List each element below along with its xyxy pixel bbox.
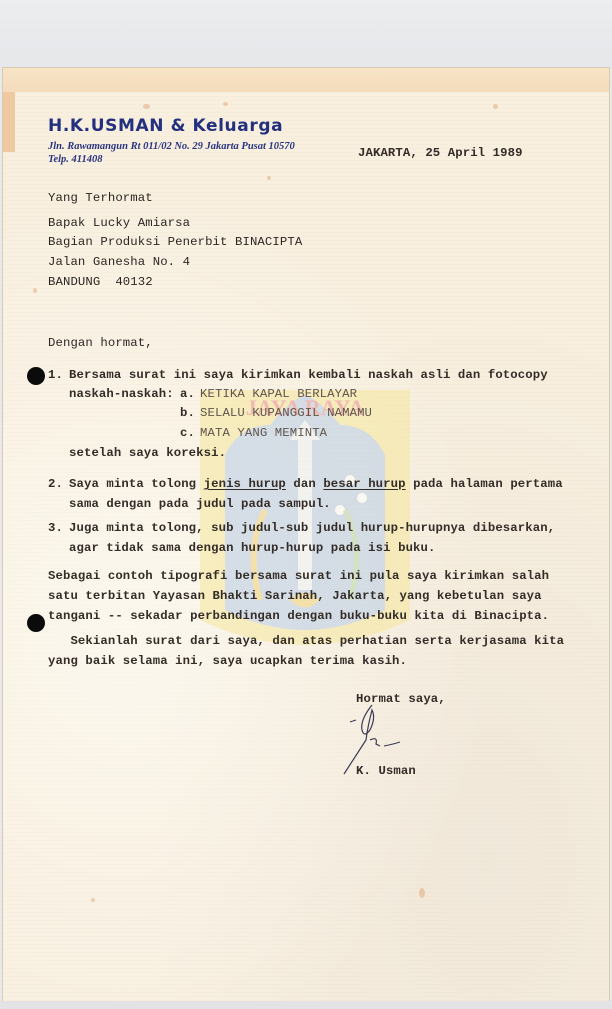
item-3-line-1: Juga minta tolong, sub judul-sub judul h…: [69, 521, 555, 535]
text-span: dan: [286, 477, 323, 491]
paragraph-line: Sebagai contoh tipografi bersama surat i…: [48, 569, 549, 583]
underlined-text: besar hurup: [323, 477, 405, 491]
scanner-background-top: [0, 0, 612, 68]
item-1-prefix: naskah-naskah:: [69, 387, 174, 401]
item-2-line-2: sama dengan pada judul pada sampul.: [69, 497, 331, 511]
paper-stain: [223, 102, 228, 106]
paper-stain: [493, 104, 498, 109]
item-number: 1.: [48, 368, 63, 382]
scanner-background-bottom: [0, 1001, 612, 1009]
punch-hole: [27, 614, 45, 632]
book-title: MATA YANG MEMINTA: [200, 426, 327, 440]
paper-stain: [91, 898, 95, 902]
item-number: 3.: [48, 521, 63, 535]
text-span: pada halaman pertama: [406, 477, 563, 491]
sub-item-letter: b.: [180, 406, 195, 420]
letterhead-address-block: Jln. Rawamangun Rt 011/02 No. 29 Jakarta…: [48, 140, 295, 166]
paragraph-line: yang baik selama ini, saya ucapkan terim…: [48, 654, 407, 668]
item-2-line-1: Saya minta tolong jenis hurup dan besar …: [69, 477, 563, 491]
letterhead-name: H.K.USMAN & Keluarga: [48, 116, 283, 136]
letterhead-phone: Telp. 411408: [48, 153, 295, 166]
item-3-line-2: agar tidak sama dengan hurup-hurup pada …: [69, 541, 436, 555]
recipient-line: Jalan Ganesha No. 4: [48, 255, 190, 269]
paper-stain: [419, 888, 425, 898]
paragraph-line: Sekianlah surat dari saya, dan atas perh…: [48, 634, 564, 648]
recipient-line: Bapak Lucky Amiarsa: [48, 216, 190, 230]
paper-stain: [267, 176, 271, 180]
recipient-line: BANDUNG 40132: [48, 275, 153, 289]
letterhead-address: Jln. Rawamangun Rt 011/02 No. 29 Jakarta…: [48, 140, 295, 153]
paper-stain: [33, 288, 37, 293]
paper-left-edge: [3, 92, 15, 152]
greeting: Dengan hormat,: [48, 336, 153, 350]
sub-item-letter: a.: [180, 387, 195, 401]
text-span: Saya minta tolong: [69, 477, 204, 491]
paper-top-edge: [3, 68, 609, 92]
item-1-closing: setelah saya koreksi.: [69, 446, 226, 460]
item-number: 2.: [48, 477, 63, 491]
paper-stain: [143, 104, 150, 109]
punch-hole: [27, 367, 45, 385]
paragraph-line: satu terbitan Yayasan Bhakti Sarinah, Ja…: [48, 589, 542, 603]
recipient-line: Bagian Produksi Penerbit BINACIPTA: [48, 235, 302, 249]
book-title: SELALU KUPANGGIL NAMAMU: [200, 406, 372, 420]
signer-name: K. Usman: [356, 764, 416, 778]
item-1-line-1: Bersama surat ini saya kirimkan kembali …: [69, 368, 548, 382]
salutation-to: Yang Terhormat: [48, 191, 153, 205]
sub-item-letter: c.: [180, 426, 195, 440]
book-title: KETIKA KAPAL BERLAYAR: [200, 387, 357, 401]
underlined-text: jenis hurup: [204, 477, 286, 491]
paragraph-line: tangani -- sekadar perbandingan dengan b…: [48, 609, 549, 623]
date-line: JAKARTA, 25 April 1989: [358, 146, 523, 160]
